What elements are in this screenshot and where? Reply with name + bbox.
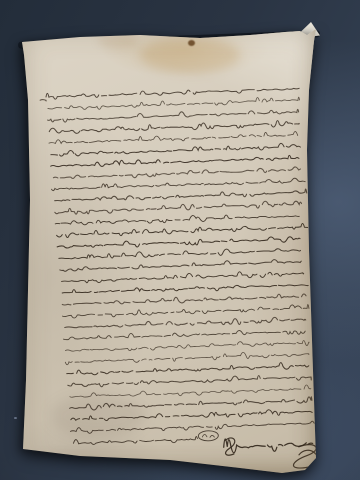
paper-sheet-wrapper	[0, 0, 360, 480]
manuscript-page	[20, 27, 320, 477]
photo-of-manuscript	[0, 0, 360, 480]
handwriting-text	[18, 18, 333, 478]
